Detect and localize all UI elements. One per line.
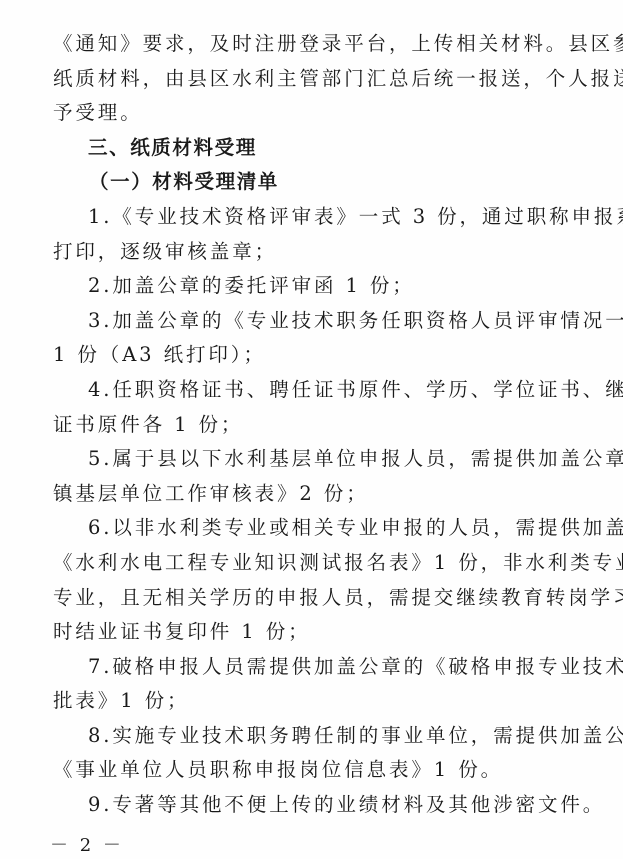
list-item-8-continued: 《事业单位人员职称申报岗位信息表》1 份。 bbox=[53, 753, 575, 788]
list-item-4-continued: 证书原件各 1 份； bbox=[53, 408, 575, 443]
document-page: 《通知》要求，及时注册登录平台，上传相关材料。县区参评人员 纸质材料，由县区水利… bbox=[0, 0, 623, 859]
paragraph-line-paper-materials: 纸质材料，由县区水利主管部门汇总后统一报送，个人报送一律不 bbox=[53, 62, 575, 97]
paragraph-line-not-accepted: 予受理。 bbox=[53, 96, 575, 131]
list-item-8: 8.实施专业技术职务聘任制的事业单位，需提供加盖公章的 bbox=[53, 719, 575, 754]
list-item-6-continued-2: 专业，且无相关学历的申报人员，需提交继续教育转岗学习 400 课 bbox=[53, 581, 575, 616]
list-item-1: 1.《专业技术资格评审表》一式 3 份，通过职称申报系统导出 bbox=[53, 200, 575, 235]
list-item-5-continued: 镇基层单位工作审核表》2 份； bbox=[53, 477, 575, 512]
list-item-7: 7.破格申报人员需提供加盖公章的《破格申报专业技术资格审 bbox=[53, 650, 575, 685]
list-item-9: 9.专著等其他不便上传的业绩材料及其他涉密文件。 bbox=[53, 788, 575, 823]
list-item-2: 2.加盖公章的委托评审函 1 份； bbox=[53, 269, 575, 304]
paragraph-line-notice-requirement: 《通知》要求，及时注册登录平台，上传相关材料。县区参评人员 bbox=[53, 27, 575, 62]
list-item-5: 5.属于县以下水利基层单位申报人员，需提供加盖公章的《乡 bbox=[53, 442, 575, 477]
list-item-6: 6.以非水利类专业或相关专业申报的人员，需提供加盖公章的 bbox=[53, 511, 575, 546]
list-item-4: 4.任职资格证书、聘任证书原件、学历、学位证书、继续教育 bbox=[53, 373, 575, 408]
list-item-3-continued: 1 份（A3 纸打印）； bbox=[53, 338, 575, 373]
section-heading-paper-materials: 三、纸质材料受理 bbox=[53, 131, 575, 166]
list-item-6-continued-1: 《水利水电工程专业知识测试报名表》1 份，非水利类专业或相关 bbox=[53, 546, 575, 581]
subsection-heading-checklist: （一）材料受理清单 bbox=[53, 165, 575, 200]
list-item-1-continued: 打印，逐级审核盖章； bbox=[53, 235, 575, 270]
page-number: － 2 － bbox=[50, 834, 124, 858]
list-item-7-continued: 批表》1 份； bbox=[53, 684, 575, 719]
list-item-3: 3.加盖公章的《专业技术职务任职资格人员评审情况一览表》 bbox=[53, 304, 575, 339]
list-item-6-continued-3: 时结业证书复印件 1 份； bbox=[53, 615, 575, 650]
document-body: 《通知》要求，及时注册登录平台，上传相关材料。县区参评人员 纸质材料，由县区水利… bbox=[53, 27, 575, 823]
